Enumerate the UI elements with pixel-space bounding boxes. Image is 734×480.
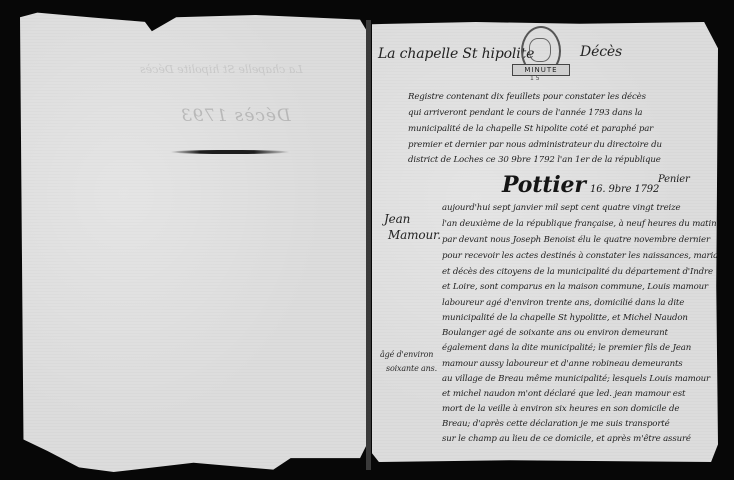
right-page-lower-text <box>372 22 718 462</box>
bleed-through-header: La chapelle St hipolite Décès <box>140 63 303 76</box>
book-binding-gutter <box>366 20 371 470</box>
bleed-through-text: Décès 1793 <box>180 106 291 126</box>
ink-stroke-mark <box>170 150 290 154</box>
left-page-blank-verso: La chapelle St hipolite Décès Décès 1793 <box>20 8 367 472</box>
